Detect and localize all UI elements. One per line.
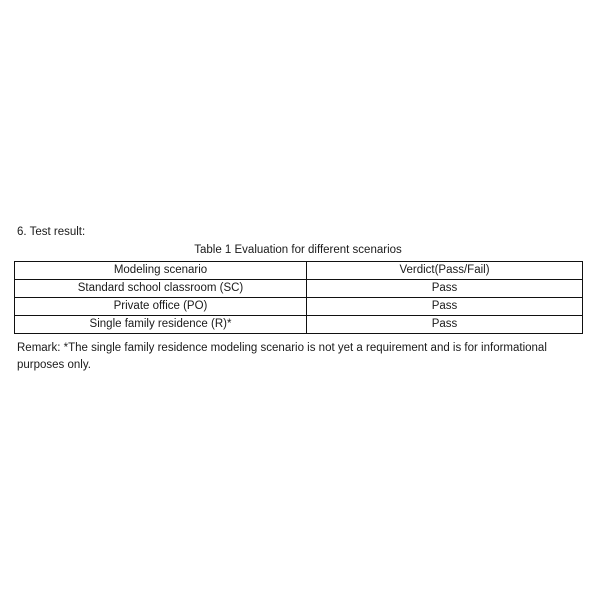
- scenario-cell: Standard school classroom (SC): [15, 280, 307, 298]
- table-row: Standard school classroom (SC) Pass: [15, 280, 583, 298]
- verdict-cell: Pass: [307, 316, 583, 334]
- section-heading: 6. Test result:: [17, 226, 85, 238]
- verdict-cell: Pass: [307, 280, 583, 298]
- table-header-row: Modeling scenario Verdict(Pass/Fail): [15, 262, 583, 280]
- scenario-cell: Private office (PO): [15, 298, 307, 316]
- scenario-cell: Single family residence (R)*: [15, 316, 307, 334]
- verdict-cell: Pass: [307, 298, 583, 316]
- header-verdict: Verdict(Pass/Fail): [307, 262, 583, 280]
- table-caption: Table 1 Evaluation for different scenari…: [14, 244, 582, 256]
- table-row: Private office (PO) Pass: [15, 298, 583, 316]
- results-table: Modeling scenario Verdict(Pass/Fail) Sta…: [14, 261, 583, 334]
- remark-text: Remark: *The single family residence mod…: [17, 340, 587, 374]
- table-row: Single family residence (R)* Pass: [15, 316, 583, 334]
- header-modeling-scenario: Modeling scenario: [15, 262, 307, 280]
